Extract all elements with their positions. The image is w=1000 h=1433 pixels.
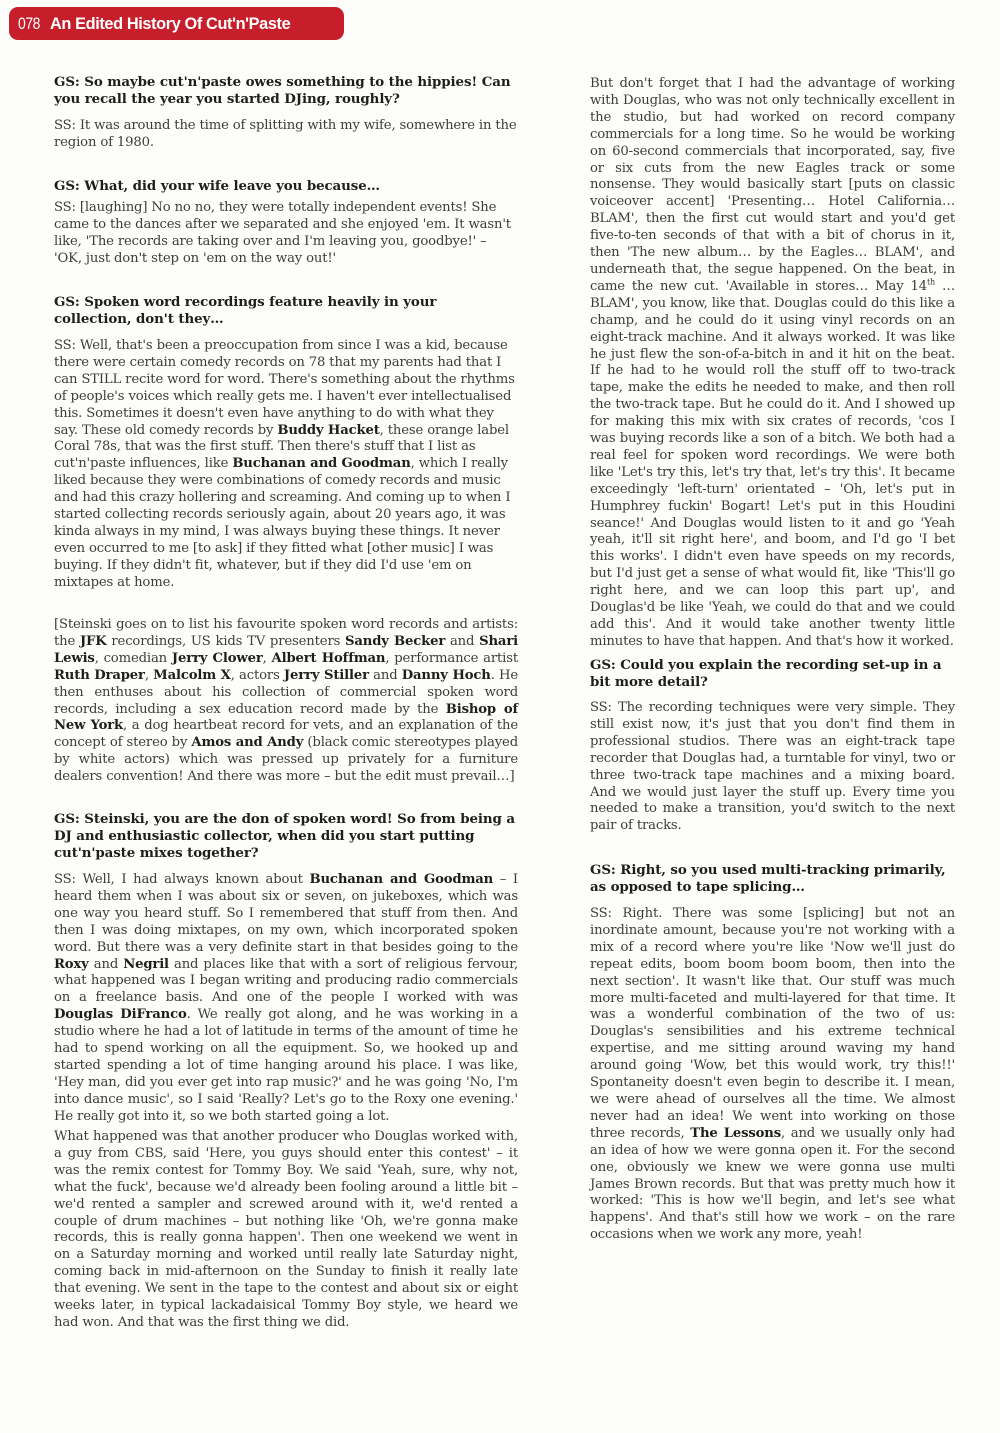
answer-3: SS: Well, that's been a preoccupation fr… xyxy=(54,338,518,592)
question-6: GS: Right, so you used multi-tracking pr… xyxy=(590,862,955,896)
question-5: GS: Could you explain the recording set-… xyxy=(590,657,955,691)
editorial-note: [Steinski goes on to list his favourite … xyxy=(54,617,518,786)
answer-4-continued: What happened was that another producer … xyxy=(54,1129,518,1332)
answer-6: SS: Right. There was some [splicing] but… xyxy=(590,906,955,1244)
question-3: GS: Spoken word recordings feature heavi… xyxy=(54,294,518,328)
answer-4: SS: Well, I had always known about Bucha… xyxy=(54,872,518,1126)
page-number: 078 xyxy=(18,14,43,34)
artist-name: Buchanan and Goodman xyxy=(232,456,410,471)
question-1: GS: So maybe cut'n'paste owes something … xyxy=(54,74,518,108)
page-header-badge: 078 An Edited History Of Cut'n'Paste xyxy=(9,7,344,40)
answer-4-continued-right: But don't forget that I had the advantag… xyxy=(590,76,955,651)
question-2: GS: What, did your wife leave you becaus… xyxy=(54,178,518,195)
article-title: An Edited History Of Cut'n'Paste xyxy=(50,14,290,34)
answer-5: SS: The recording techniques were very s… xyxy=(590,700,955,835)
artist-name: Buddy Hacket xyxy=(277,423,379,438)
question-4: GS: Steinski, you are the don of spoken … xyxy=(54,811,518,862)
answer-1: SS: It was around the time of splitting … xyxy=(54,118,518,152)
answer-2: SS: [laughing] No no no, they were total… xyxy=(54,200,518,268)
